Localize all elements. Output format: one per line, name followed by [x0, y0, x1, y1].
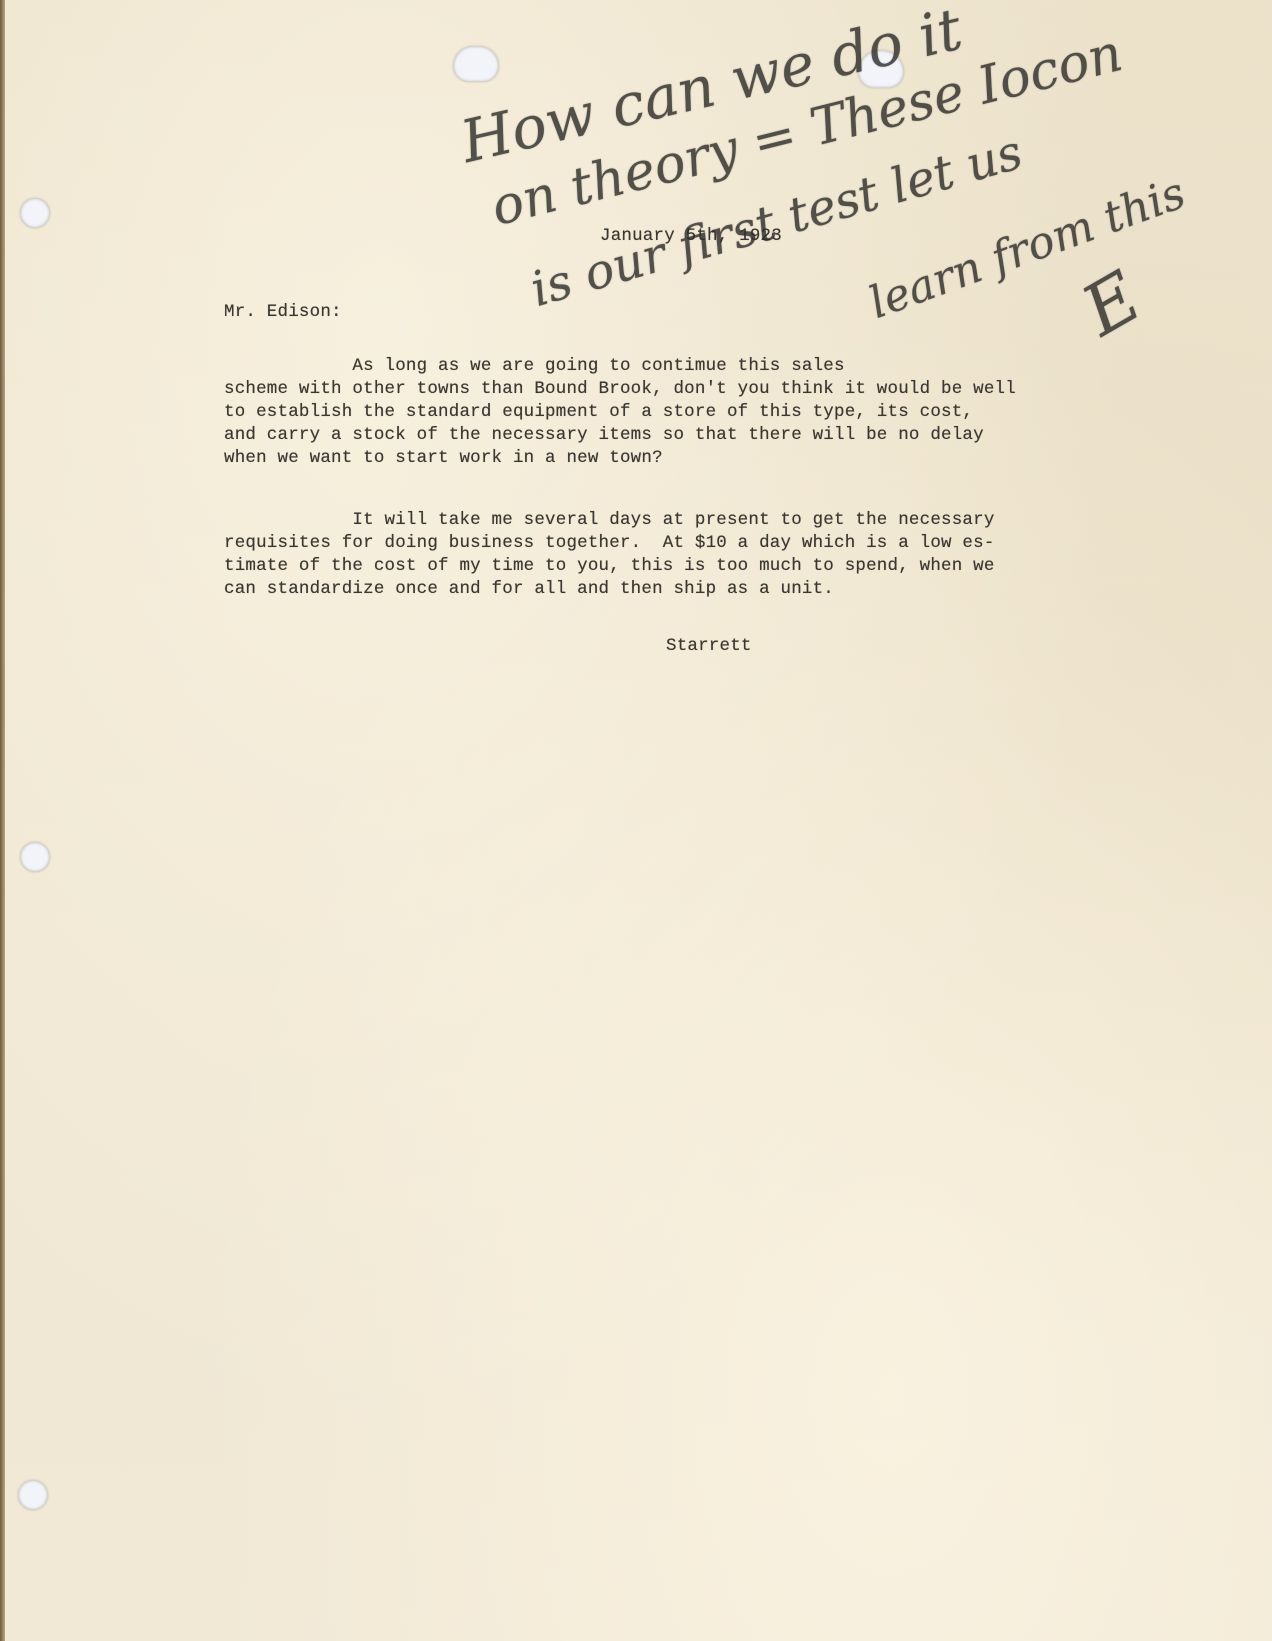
punch-hole-icon	[20, 842, 50, 872]
punch-hole-icon	[18, 1480, 48, 1510]
signature: Starrett	[666, 636, 752, 656]
text-line: to establish the standard equipment of a…	[224, 402, 973, 422]
text-line: can standardize once and for all and the…	[224, 579, 834, 599]
text-line: It will take me several days at present …	[224, 510, 995, 530]
text-line: timate of the cost of my time to you, th…	[224, 556, 995, 576]
punch-hole-icon	[453, 46, 499, 82]
salutation: Mr. Edison:	[224, 302, 342, 322]
punch-hole-icon	[20, 198, 50, 228]
paragraph-2: It will take me several days at present …	[224, 510, 267, 630]
text-line: requisites for doing business together. …	[224, 533, 995, 553]
text-line: when we want to start work in a new town…	[224, 448, 663, 468]
text-line: and carry a stock of the necessary items…	[224, 425, 984, 445]
text-line: scheme with other towns than Bound Brook…	[224, 379, 1016, 399]
handwritten-initial: E	[1069, 255, 1154, 352]
document-page: January 5th, 1923 Mr. Edison: As long as…	[0, 0, 1272, 1641]
text-line: As long as we are going to contimue this…	[224, 356, 845, 376]
paragraph-1: As long as we are going to contimue this…	[224, 356, 267, 496]
paper-edge	[0, 0, 5, 1641]
